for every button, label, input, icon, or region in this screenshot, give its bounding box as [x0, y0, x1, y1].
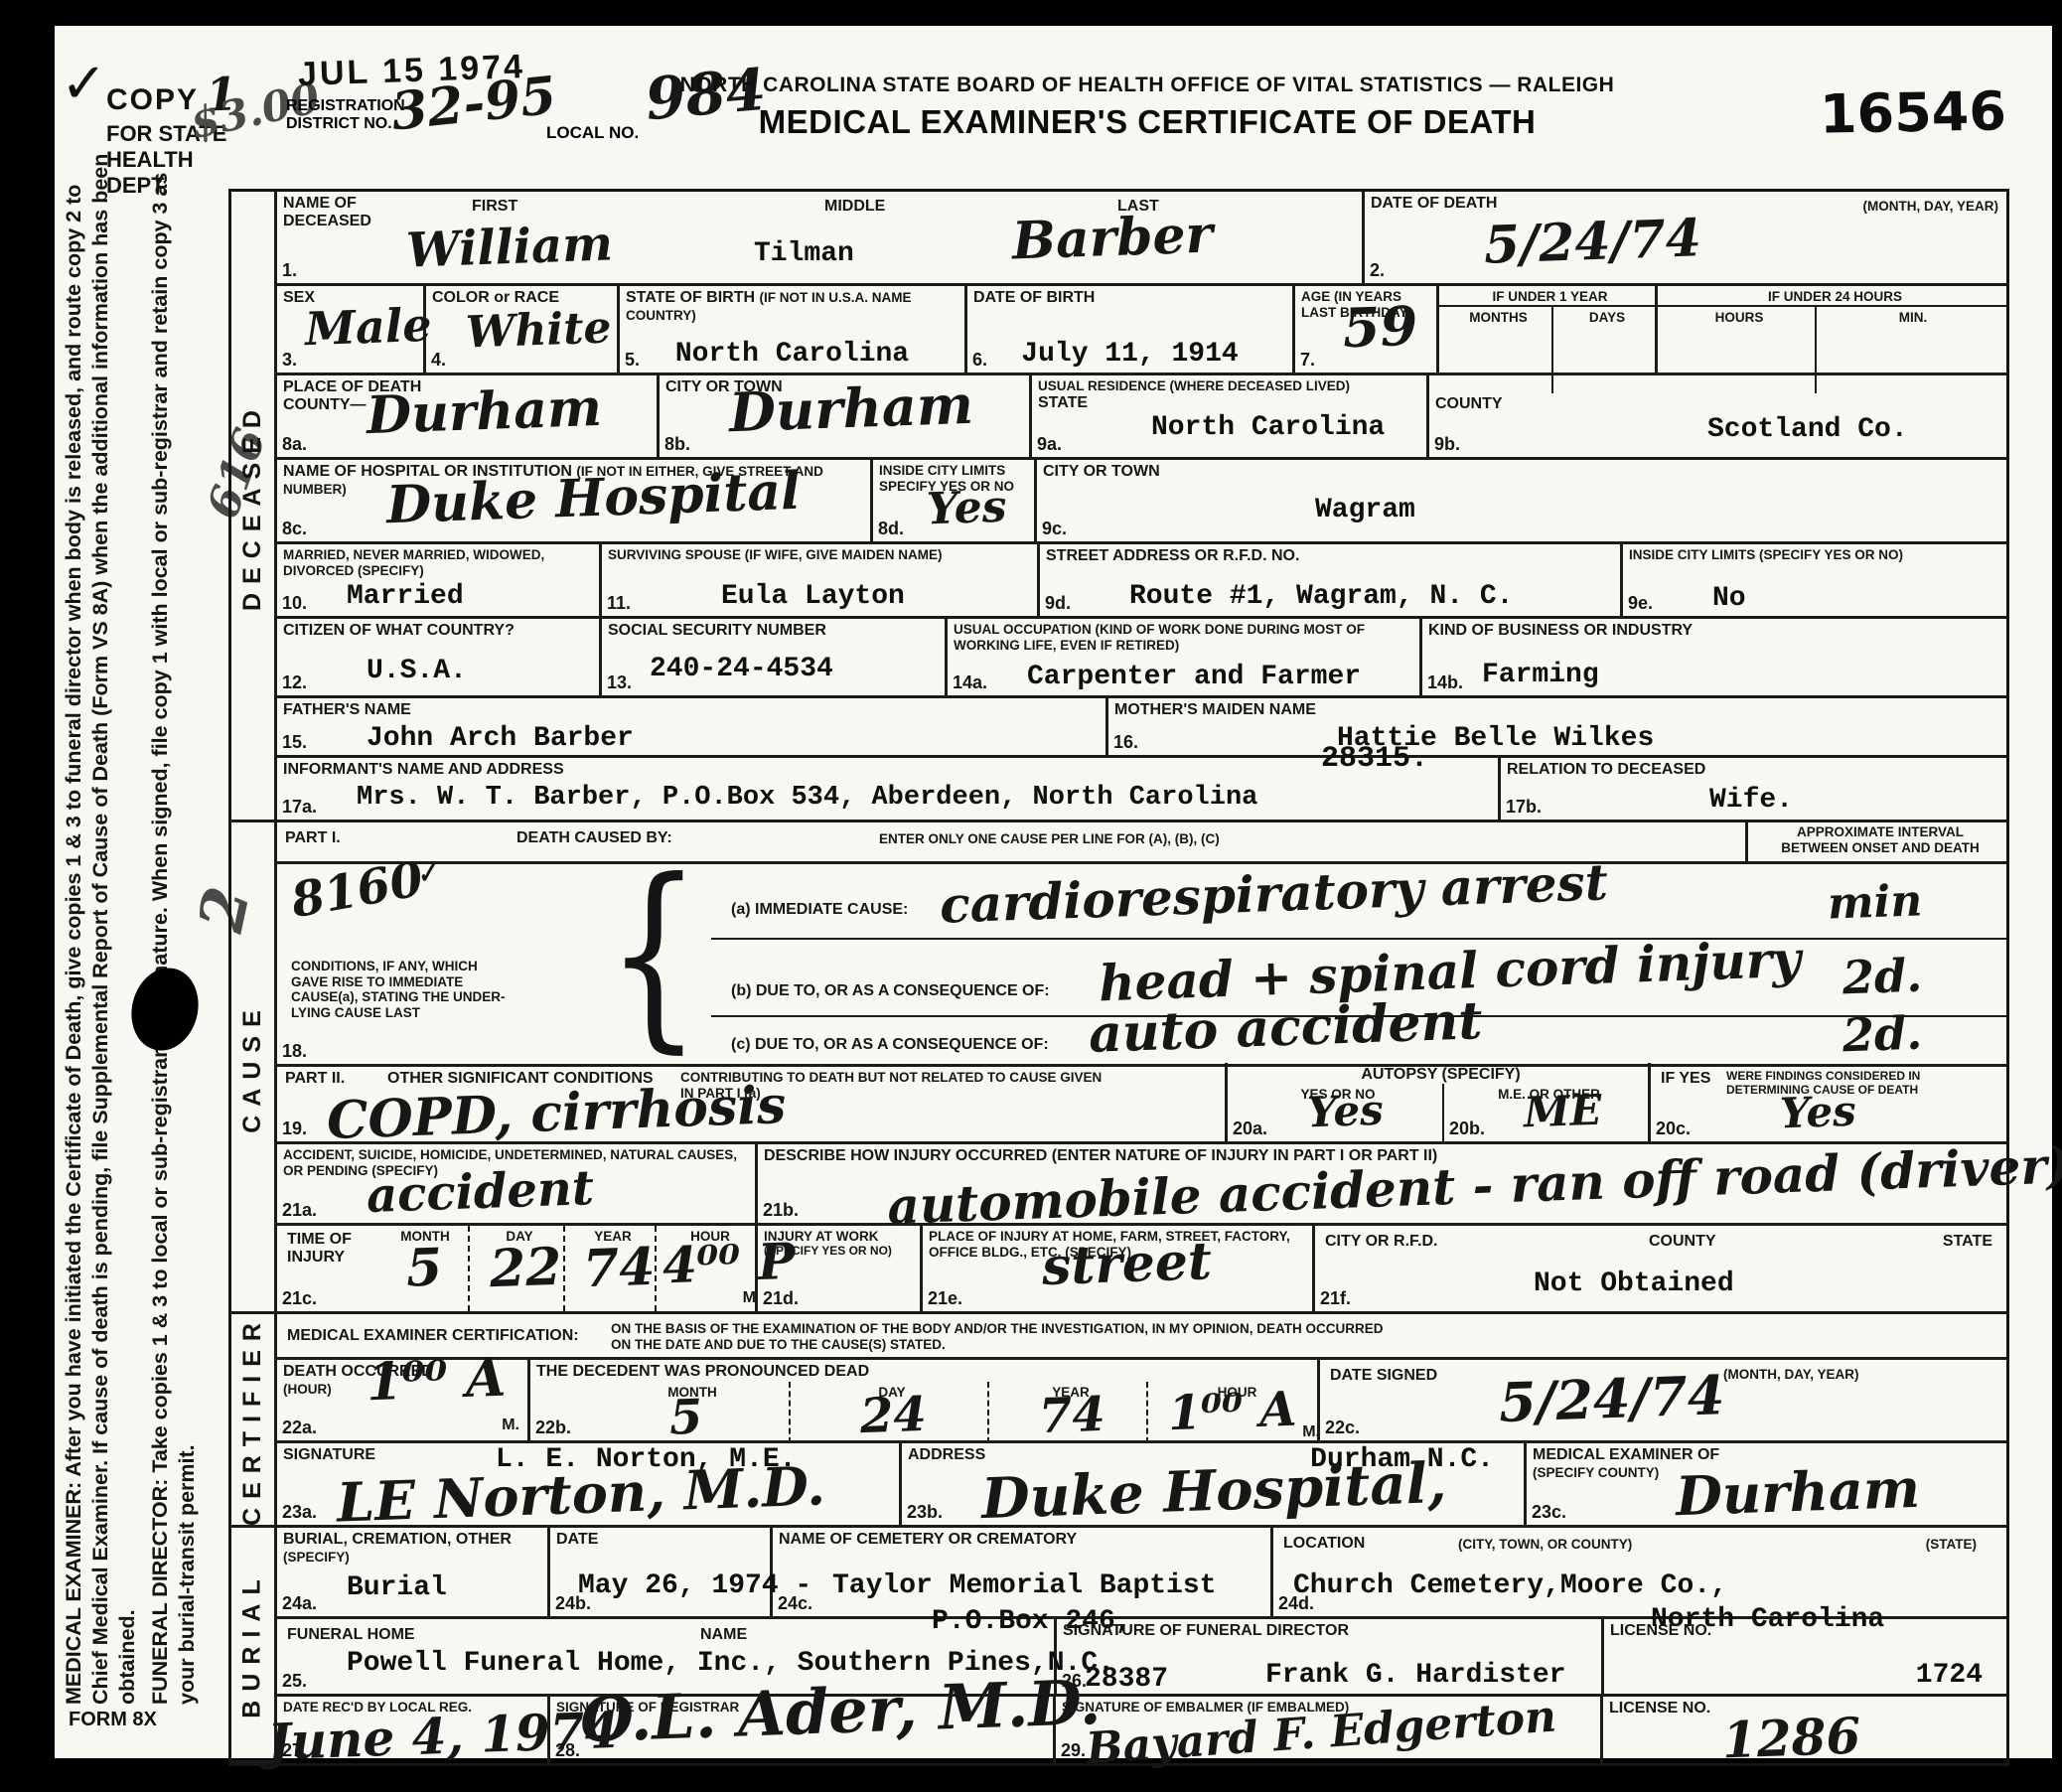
location-value: Church Cemetery,Moore Co.,: [1293, 1571, 1727, 1600]
pronounced-year: YEAR 74: [987, 1382, 1146, 1443]
location-state-paren: (STATE): [1920, 1534, 1977, 1553]
item-number: 4.: [431, 350, 446, 371]
item-number: 22a.: [282, 1418, 317, 1438]
funeral-director-note-lead: FUNERAL DIRECTOR:: [148, 1479, 172, 1705]
findings-value: Yes: [1779, 1092, 1856, 1134]
item-number: 3.: [282, 350, 297, 371]
margin-column: ✓ COPY 1 FOR STATE HEALTH DEPT. $3.00 61…: [55, 26, 228, 1758]
check-icon: ✓: [61, 52, 107, 116]
state-header: STATE: [1937, 1230, 1992, 1251]
autopsy-yes-no: YES OR NO 20a. Yes: [1228, 1084, 1444, 1141]
dob-value: July 11, 1914: [1021, 340, 1238, 369]
item-number: 7.: [1300, 350, 1315, 371]
field-embalmer-signature: SIGNATURE OF EMBALMER (IF EMBALMED) 29. …: [1056, 1697, 1603, 1763]
item-number: 2.: [1370, 260, 1385, 281]
field-embalmer-license: LICENSE NO. 1286: [1603, 1697, 2006, 1763]
interval-header-line2: BETWEEN ONSET AND DEATH: [1748, 840, 2006, 856]
item-number: 21d.: [763, 1288, 799, 1309]
item-number: 9e.: [1628, 593, 1653, 614]
industry-value: Farming: [1482, 661, 1599, 689]
board-header: NORTH CAROLINA STATE BOARD OF HEALTH OFF…: [526, 74, 1768, 97]
enter-one-cause-label: ENTER ONLY ONE CAUSE PER LINE FOR (A), (…: [873, 828, 1220, 847]
section-certifier: CERTIFIER MEDICAL EXAMINER CERTIFICATION…: [231, 1314, 2006, 1528]
field-injury-location: CITY OR R.F.D. COUNTY STATE 21f. Not Obt…: [1315, 1226, 2006, 1314]
interval-a-value: min: [1827, 880, 1923, 925]
field-informant: INFORMANT'S NAME AND ADDRESS 28315. 17a.…: [277, 758, 1501, 822]
injury-month-value: 5: [405, 1243, 443, 1293]
injury-month: MONTH 5: [376, 1226, 468, 1311]
field-registrar-signature: SIGNATURE OF REGISTRAR 28. O.L. Ader, M.…: [550, 1697, 1056, 1763]
pronounced-label: THE DECEDENT WAS PRONOUNCED DEAD: [530, 1360, 1317, 1381]
field-injury-at-work: INJURY AT WORK (SPECIFY YES OR NO) 21d.: [758, 1226, 923, 1314]
field-occupation: USUAL OCCUPATION (KIND OF WORK DONE DURI…: [948, 619, 1422, 698]
middle-label: MIDDLE: [818, 195, 885, 216]
interval-header: APPROXIMATE INTERVAL BETWEEN ONSET AND D…: [1748, 822, 2006, 864]
field-place-of-injury: PLACE OF INJURY AT HOME, FARM, STREET, F…: [923, 1226, 1315, 1314]
field-me-of-county: MEDICAL EXAMINER OF(SPECIFY COUNTY) 23c.…: [1527, 1443, 2006, 1528]
icl8d-value: Yes: [926, 487, 1007, 531]
fd-signature-value: Frank G. Hardister: [1265, 1661, 1565, 1690]
fd-signature-label: SIGNATURE OF FUNERAL DIRECTOR: [1057, 1619, 1601, 1640]
street-value: Route #1, Wagram, N. C.: [1129, 582, 1513, 611]
street-label: STREET ADDRESS OR R.F.D. NO.: [1040, 544, 1620, 565]
certificate-title: MEDICAL EXAMINER'S CERTIFICATE OF DEATH: [526, 103, 1768, 141]
item-number: 21b.: [763, 1200, 799, 1221]
mother-label: MOTHER'S MAIDEN NAME: [1108, 698, 2006, 719]
item-number: 23b.: [907, 1502, 943, 1523]
interval-b: 2d.: [1748, 940, 2006, 1017]
section-burial: BURIAL BURIAL, CREMATION, OTHER(SPECIFY)…: [231, 1528, 2006, 1763]
field-citizen: CITIZEN OF WHAT COUNTRY? 12. U.S.A.: [277, 619, 602, 698]
field-age: AGE (IN YEARS LAST BIRTHDAY) 7. 59: [1295, 286, 1439, 375]
residence-city-value: Wagram: [1315, 496, 1415, 524]
item-number: 9b.: [1434, 434, 1460, 455]
residence-county-label: COUNTY: [1429, 375, 2006, 413]
part1-label: PART I.: [279, 826, 341, 847]
registration-district-label: REGISTRATION DISTRICT NO.: [286, 97, 405, 134]
first-name-value: William: [405, 222, 613, 274]
part1-conditions-cell: 8160 ✓ CONDITIONS, IF ANY, WHICH GAVE RI…: [277, 864, 711, 1067]
item-number: 21f.: [1320, 1288, 1351, 1309]
field-date-received: DATE REC'D BY LOCAL REG. 27. June 4, 197…: [277, 1697, 550, 1763]
item-number: 8d.: [878, 519, 904, 539]
field-death-occurred-hour: DEATH OCCURRED(HOUR) 22a. 1⁰⁰ A M.: [277, 1360, 530, 1443]
field-burial-type: BURIAL, CREMATION, OTHER(SPECIFY) 24a. B…: [277, 1528, 550, 1619]
injury-location-value: Not Obtained: [1534, 1269, 1734, 1298]
burial-date-label: DATE: [550, 1528, 770, 1549]
item-number: 22c.: [1325, 1418, 1360, 1438]
item-number: 14a.: [953, 672, 987, 693]
county-header: COUNTY: [1643, 1230, 1716, 1251]
occupation-value: Carpenter and Farmer: [1027, 663, 1361, 691]
item-number: 18.: [282, 1041, 307, 1062]
if-yes-label: IF YES: [1655, 1067, 1710, 1088]
item-number: 20c.: [1656, 1119, 1691, 1139]
under-24-hours-label: IF UNDER 24 HOURS: [1658, 286, 2006, 307]
icl9e-label: INSIDE CITY LIMITS (SPECIFY YES OR NO): [1623, 544, 2006, 563]
registration-label-line1: REGISTRATION: [286, 97, 405, 115]
injury-year-value: 74: [582, 1243, 656, 1294]
father-label: FATHER'S NAME: [277, 698, 1105, 719]
pronounced-m-label: M.: [1296, 1420, 1320, 1441]
pronounced-month: MONTH 5: [590, 1382, 789, 1443]
informant-zip: 28315.: [1321, 744, 1428, 776]
location-label: LOCATION: [1277, 1532, 1365, 1553]
field-me-address: ADDRESS Durham,N.C. 23b. Duke Hospital,: [902, 1443, 1527, 1528]
injury-year: YEAR 74: [563, 1226, 655, 1311]
section-deceased: DECEASED NAME OF DECEASED FIRST MIDDLE L…: [231, 192, 2006, 822]
field-surviving-spouse: SURVIVING SPOUSE (IF WIFE, GIVE MAIDEN N…: [602, 544, 1040, 619]
item-number: 21c.: [282, 1288, 317, 1309]
industry-label: KIND OF BUSINESS OR INDUSTRY: [1422, 619, 2006, 640]
middle-name-value: Tilman: [754, 239, 854, 268]
pronounced-day-value: 24: [859, 1393, 927, 1440]
father-value: John Arch Barber: [367, 724, 634, 753]
item-number: 1.: [282, 260, 297, 281]
interval-header-line1: APPROXIMATE INTERVAL: [1748, 822, 2006, 840]
field-relation: RELATION TO DECEASED 17b. Wife.: [1501, 758, 2006, 822]
fd-license-label: LICENSE NO.: [1604, 1619, 2006, 1640]
item-number: 20b.: [1449, 1119, 1485, 1139]
ssn-value: 240-24-4534: [650, 655, 833, 683]
pronounced-hour-value: 1⁰⁰ A: [1167, 1388, 1297, 1437]
medical-examiner-note-lead: MEDICAL EXAMINER:: [62, 1482, 85, 1705]
field-sex: SEX 3. Male: [277, 286, 426, 375]
item-number: 15.: [282, 732, 307, 753]
pronounced-year-value: 74: [1038, 1393, 1105, 1440]
interval-b-value: 2d.: [1841, 955, 1923, 1000]
me-of-county-value: Durham: [1675, 1463, 1921, 1523]
field-inside-city-limits-9e: INSIDE CITY LIMITS (SPECIFY YES OR NO) 9…: [1623, 544, 2006, 619]
marital-value: Married: [347, 582, 464, 611]
certificate-sheet: ✓ COPY 1 FOR STATE HEALTH DEPT. $3.00 61…: [55, 26, 2052, 1758]
section-label-deceased: DECEASED: [231, 192, 277, 822]
autopsy-yn-value: Yes: [1306, 1091, 1384, 1133]
sob-value: North Carolina: [675, 340, 909, 369]
field-date-signed: DATE SIGNED (MONTH, DAY, YEAR) 22c. 5/24…: [1320, 1360, 2006, 1443]
form-number: FORM 8X: [69, 1709, 157, 1731]
registration-label-line2: DISTRICT NO.: [286, 115, 405, 133]
item-number: 21e.: [928, 1288, 962, 1309]
medical-examiner-note: MEDICAL EXAMINER: After you have initiat…: [61, 150, 141, 1705]
field-cemetery: NAME OF CEMETERY OR CREMATORY 24c. Taylo…: [773, 1528, 1273, 1619]
field-residence-state: USUAL RESIDENCE (WHERE DECEASED LIVED) S…: [1032, 375, 1429, 460]
residence-state-label: STATE: [1032, 394, 1426, 412]
field-funeral-director-signature: SIGNATURE OF FUNERAL DIRECTOR 26. 28387 …: [1057, 1619, 1604, 1697]
first-label: FIRST: [466, 195, 517, 216]
scan-border-left: [0, 0, 57, 1792]
race-value: White: [465, 307, 612, 354]
item-number: 17a.: [282, 797, 317, 818]
certificate-serial-number: 16546: [1820, 79, 2007, 145]
section-label-cause: CAUSE: [231, 822, 277, 1314]
field-date-of-death: DATE OF DEATH (MONTH, DAY, YEAR) 2. 5/24…: [1365, 192, 2006, 286]
field-manner-of-death: ACCIDENT, SUICIDE, HOMICIDE, UNDETERMINE…: [277, 1144, 758, 1226]
relation-value: Wife.: [1709, 786, 1793, 815]
cause-line-c: (c) DUE TO, OR AS A CONSEQUENCE OF: auto…: [711, 1017, 1748, 1064]
manner-value: accident: [366, 1166, 594, 1220]
field-other-significant-conditions: PART II. OTHER SIGNIFICANT CONDITIONS CO…: [277, 1063, 1228, 1144]
immediate-cause-label: (a) IMMEDIATE CAUSE:: [725, 898, 908, 919]
location-paren: (CITY, TOWN, OR COUNTY): [1452, 1534, 1632, 1553]
field-residence-city: CITY OR TOWN 9c. Wagram: [1037, 460, 2006, 544]
field-place-of-death-city: CITY OR TOWN 8b. Durham: [660, 375, 1032, 460]
under-1-year-label: IF UNDER 1 YEAR: [1439, 286, 1655, 307]
dod-paren: (MONTH, DAY, YEAR): [1856, 196, 1998, 215]
embalmer-license-value: 1286: [1721, 1713, 1861, 1764]
item-number: 24c.: [778, 1593, 812, 1614]
conditions-label: CONDITIONS, IF ANY, WHICH GAVE RISE TO I…: [285, 956, 510, 1020]
item-number: 24a.: [282, 1593, 317, 1614]
date-signed-paren: (MONTH, DAY, YEAR): [1717, 1364, 1859, 1383]
margin-instructions: MEDICAL EXAMINER: After you have initiat…: [61, 150, 208, 1705]
item-number: 8b.: [664, 434, 690, 455]
part2-value: COPD, cirrhosis: [326, 1081, 787, 1145]
age-value: 59: [1342, 301, 1418, 355]
item-number: 10.: [282, 593, 307, 614]
interval-a: min: [1748, 864, 2006, 940]
item-number: 20a.: [1233, 1119, 1267, 1139]
residence-county-value: Scotland Co.: [1707, 415, 1908, 444]
due-to-b-label: (b) DUE TO, OR AS A CONSEQUENCE OF:: [725, 979, 1050, 1000]
marital-label: MARRIED, NEVER MARRIED, WIDOWED, DIVORCE…: [277, 544, 599, 578]
fd-license-value: 1724: [1916, 1661, 1983, 1690]
item-number: 9d.: [1045, 593, 1071, 614]
cemetery-value: Taylor Memorial Baptist: [832, 1571, 1216, 1600]
medical-examiner-note-text: After you have initiated the Certificate…: [62, 154, 139, 1705]
pronounced-day: DAY 24: [789, 1382, 987, 1443]
injury-at-work-paren: (SPECIFY YES OR NO): [758, 1245, 920, 1259]
field-burial-location: LOCATION (CITY, TOWN, OR COUNTY) (STATE)…: [1273, 1528, 2006, 1619]
icl9e-value: No: [1712, 584, 1746, 613]
field-me-signature: SIGNATURE L. E. Norton, M.E. 23a. LE Nor…: [277, 1443, 902, 1528]
item-number: 9a.: [1037, 434, 1062, 455]
sex-value: Male: [304, 304, 432, 352]
findings-label: WERE FINDINGS CONSIDERED IN DETERMINING …: [1720, 1067, 2004, 1098]
item-number: 8a.: [282, 434, 307, 455]
due-to-c-label: (c) DUE TO, OR AS A CONSEQUENCE OF:: [725, 1033, 1049, 1054]
section-cause: CAUSE PART I. DEATH CAUSED BY: ENTER ONL…: [231, 822, 2006, 1314]
name-label: NAME OF DECEASED: [277, 192, 412, 231]
injury-hour: HOUR 4⁰⁰ P M: [655, 1226, 758, 1311]
autopsy-me-or-other: M.E. OR OTHER 20b. ME: [1444, 1084, 1648, 1141]
certification-label: MEDICAL EXAMINER CERTIFICATION:: [281, 1324, 579, 1345]
field-place-of-death-county: PLACE OF DEATH COUNTY— 8a. Durham: [277, 375, 660, 460]
cause-code-handwritten: 8160: [288, 857, 426, 925]
interval-c: 2d.: [1748, 1017, 2006, 1064]
pronounced-hour: HOUR 1⁰⁰ A M.: [1146, 1382, 1320, 1443]
burial-type-value: Burial: [347, 1573, 447, 1602]
injury-day: DAY 22: [468, 1226, 563, 1311]
field-father-name: FATHER'S NAME 15. John Arch Barber: [277, 698, 1108, 758]
me-address-handwritten: Duke Hospital,: [980, 1457, 1447, 1527]
field-if-under-1-year: IF UNDER 1 YEAR MONTHS DAYS: [1439, 286, 1658, 375]
pod-city-value: Durham: [728, 379, 974, 439]
autopsy-label: AUTOPSY (SPECIFY): [1228, 1063, 1648, 1084]
funeral-director-note-text: Take copies 1 & 3 to local or sub-regist…: [148, 173, 199, 1705]
item-number: 13.: [607, 672, 632, 693]
field-race: COLOR or RACE 4. White: [426, 286, 620, 375]
spouse-value: Eula Layton: [721, 582, 905, 611]
certificate-table: DECEASED NAME OF DECEASED FIRST MIDDLE L…: [228, 189, 2009, 1766]
relation-label: RELATION TO DECEASED: [1501, 758, 2006, 779]
informant-value: Mrs. W. T. Barber, P.O.Box 534, Aberdeen…: [357, 784, 1257, 812]
item-number: 11.: [607, 593, 631, 614]
field-fd-license: LICENSE NO. 1724: [1604, 1619, 2006, 1697]
pod-county-value: Durham: [366, 383, 602, 441]
funeral-home-label: FUNERAL HOME: [281, 1623, 415, 1644]
copy-label: COPY: [106, 83, 199, 117]
field-hospital: NAME OF HOSPITAL OR INSTITUTION (IF NOT …: [277, 460, 873, 544]
last-name-value: Barber: [1011, 210, 1213, 265]
item-number: 25.: [282, 1671, 307, 1692]
death-occurred-m-label: M.: [496, 1414, 519, 1434]
item-number: 9c.: [1042, 519, 1067, 539]
field-residence-county: COUNTY 9b. Scotland Co.: [1429, 375, 2006, 460]
item-number: 12.: [282, 672, 307, 693]
certification-text: ON THE BASIS OF THE EXAMINATION OF THE B…: [605, 1318, 1386, 1352]
scan-border-top: [0, 0, 2062, 28]
injury-day-value: 22: [489, 1243, 562, 1294]
section-label-certifier: CERTIFIER: [231, 1314, 277, 1528]
death-occurred-value: 1⁰⁰ A: [366, 1354, 507, 1408]
part1-causes-cell: (a) IMMEDIATE CAUSE: cardiorespiratory a…: [711, 864, 1748, 1067]
item-number: 8c.: [282, 519, 307, 539]
brace-glyph: {: [607, 854, 701, 1056]
item-number: 23a.: [282, 1502, 317, 1523]
field-mother-name: MOTHER'S MAIDEN NAME 16. Hattie Belle Wi…: [1108, 698, 2006, 758]
ssn-label: SOCIAL SECURITY NUMBER: [602, 619, 945, 640]
certification-statement: MEDICAL EXAMINER CERTIFICATION: ON THE B…: [277, 1314, 2006, 1360]
item-number: 23c.: [1532, 1502, 1566, 1523]
field-findings-considered: IF YES WERE FINDINGS CONSIDERED IN DETER…: [1651, 1063, 2006, 1144]
field-time-of-injury: TIME OFINJURY 21c. MONTH 5 DAY 22: [277, 1226, 758, 1314]
city-rfd-label: CITY OR R.F.D.: [1319, 1230, 1438, 1251]
immediate-cause-value: cardiorespiratory arrest: [939, 858, 1608, 929]
residence-city-label: CITY OR TOWN: [1037, 460, 2006, 481]
form-header: JUL 15 1974 REGISTRATION DISTRICT NO. 32…: [228, 40, 2036, 189]
funeral-home-name-header: NAME: [694, 1623, 747, 1644]
residence-state-value: North Carolina: [1151, 413, 1385, 442]
cemetery-label: NAME OF CEMETERY OR CREMATORY: [773, 1528, 1270, 1549]
field-industry: KIND OF BUSINESS OR INDUSTRY 14b. Farmin…: [1422, 619, 2006, 698]
due-to-c-value: auto accident: [1088, 996, 1483, 1059]
occupation-label: USUAL OCCUPATION (KIND OF WORK DONE DURI…: [948, 619, 1419, 653]
funeral-director-note: FUNERAL DIRECTOR: Take copies 1 & 3 to l…: [147, 150, 201, 1705]
pronounced-month-value: 5: [668, 1395, 703, 1441]
autopsy-me-value: ME: [1523, 1091, 1602, 1133]
field-autopsy: AUTOPSY (SPECIFY) YES OR NO 20a. Yes M.E…: [1228, 1063, 1651, 1144]
registrar-signature-value: O.L. Ader, M.D.: [579, 1674, 1102, 1750]
date-signed-label: DATE SIGNED: [1324, 1364, 1437, 1385]
citizen-label: CITIZEN OF WHAT COUNTRY?: [277, 619, 599, 640]
field-date-of-birth: DATE OF BIRTH 6. July 11, 1914: [967, 286, 1295, 375]
field-if-under-24-hours: IF UNDER 24 HOURS HOURS MIN.: [1658, 286, 2006, 375]
field-marital-status: MARRIED, NEVER MARRIED, WIDOWED, DIVORCE…: [277, 544, 602, 619]
part2-label: PART II.: [279, 1067, 345, 1088]
item-number: 21a.: [282, 1200, 317, 1221]
field-name-of-deceased: NAME OF DECEASED FIRST MIDDLE LAST 1. Wi…: [277, 192, 1365, 286]
field-how-injury-occurred: DESCRIBE HOW INJURY OCCURRED (ENTER NATU…: [758, 1144, 2006, 1226]
place-of-injury-value: street: [1041, 1237, 1213, 1291]
item-number: 28.: [555, 1740, 580, 1761]
spouse-label: SURVIVING SPOUSE (IF WIFE, GIVE MAIDEN N…: [602, 544, 1037, 563]
part1-interval-cell: min 2d. 2d.: [1748, 864, 2006, 1067]
interval-c-value: 2d.: [1841, 1012, 1923, 1058]
field-burial-date: DATE 24b. May 26, 1974 -: [550, 1528, 773, 1619]
item-number: 19.: [282, 1119, 307, 1139]
citizen-value: U.S.A.: [367, 657, 467, 685]
dod-label: DATE OF DEATH: [1365, 192, 1497, 213]
field-state-of-birth: STATE OF BIRTH (IF NOT IN U.S.A. NAME CO…: [620, 286, 967, 375]
injury-at-work-label: INJURY AT WORK: [758, 1226, 920, 1245]
cause-line-a: (a) IMMEDIATE CAUSE: cardiorespiratory a…: [711, 864, 1748, 940]
me-signature-handwritten: LE Norton, M.D.: [336, 1460, 825, 1528]
time-of-injury-label: TIME OFINJURY: [281, 1228, 367, 1268]
date-signed-value: 5/24/74: [1498, 1370, 1725, 1428]
item-number: 17b.: [1506, 797, 1542, 818]
item-number: 14b.: [1427, 672, 1463, 693]
informant-label: INFORMANT'S NAME AND ADDRESS: [277, 758, 1498, 779]
field-ssn: SOCIAL SECURITY NUMBER 13. 240-24-4534: [602, 619, 948, 698]
usual-residence-label: USUAL RESIDENCE (WHERE DECEASED LIVED): [1032, 375, 1426, 394]
item-number: 16.: [1113, 732, 1138, 753]
field-pronounced-dead: THE DECEDENT WAS PRONOUNCED DEAD 22b. MO…: [530, 1360, 1320, 1443]
injury-hour-m-label: M: [737, 1286, 756, 1307]
item-number: 29.: [1061, 1740, 1086, 1761]
item-number: 22b.: [535, 1418, 571, 1438]
burial-type-label: BURIAL, CREMATION, OTHER(SPECIFY): [277, 1528, 547, 1568]
dod-value: 5/24/74: [1483, 214, 1701, 270]
field-street-address: STREET ADDRESS OR R.F.D. NO. 9d. Route #…: [1040, 544, 1623, 619]
hospital-value: Duke Hospital: [385, 467, 801, 530]
field-inside-city-limits-8d: INSIDE CITY LIMITS SPECIFY YES OR NO 8d.…: [873, 460, 1037, 544]
